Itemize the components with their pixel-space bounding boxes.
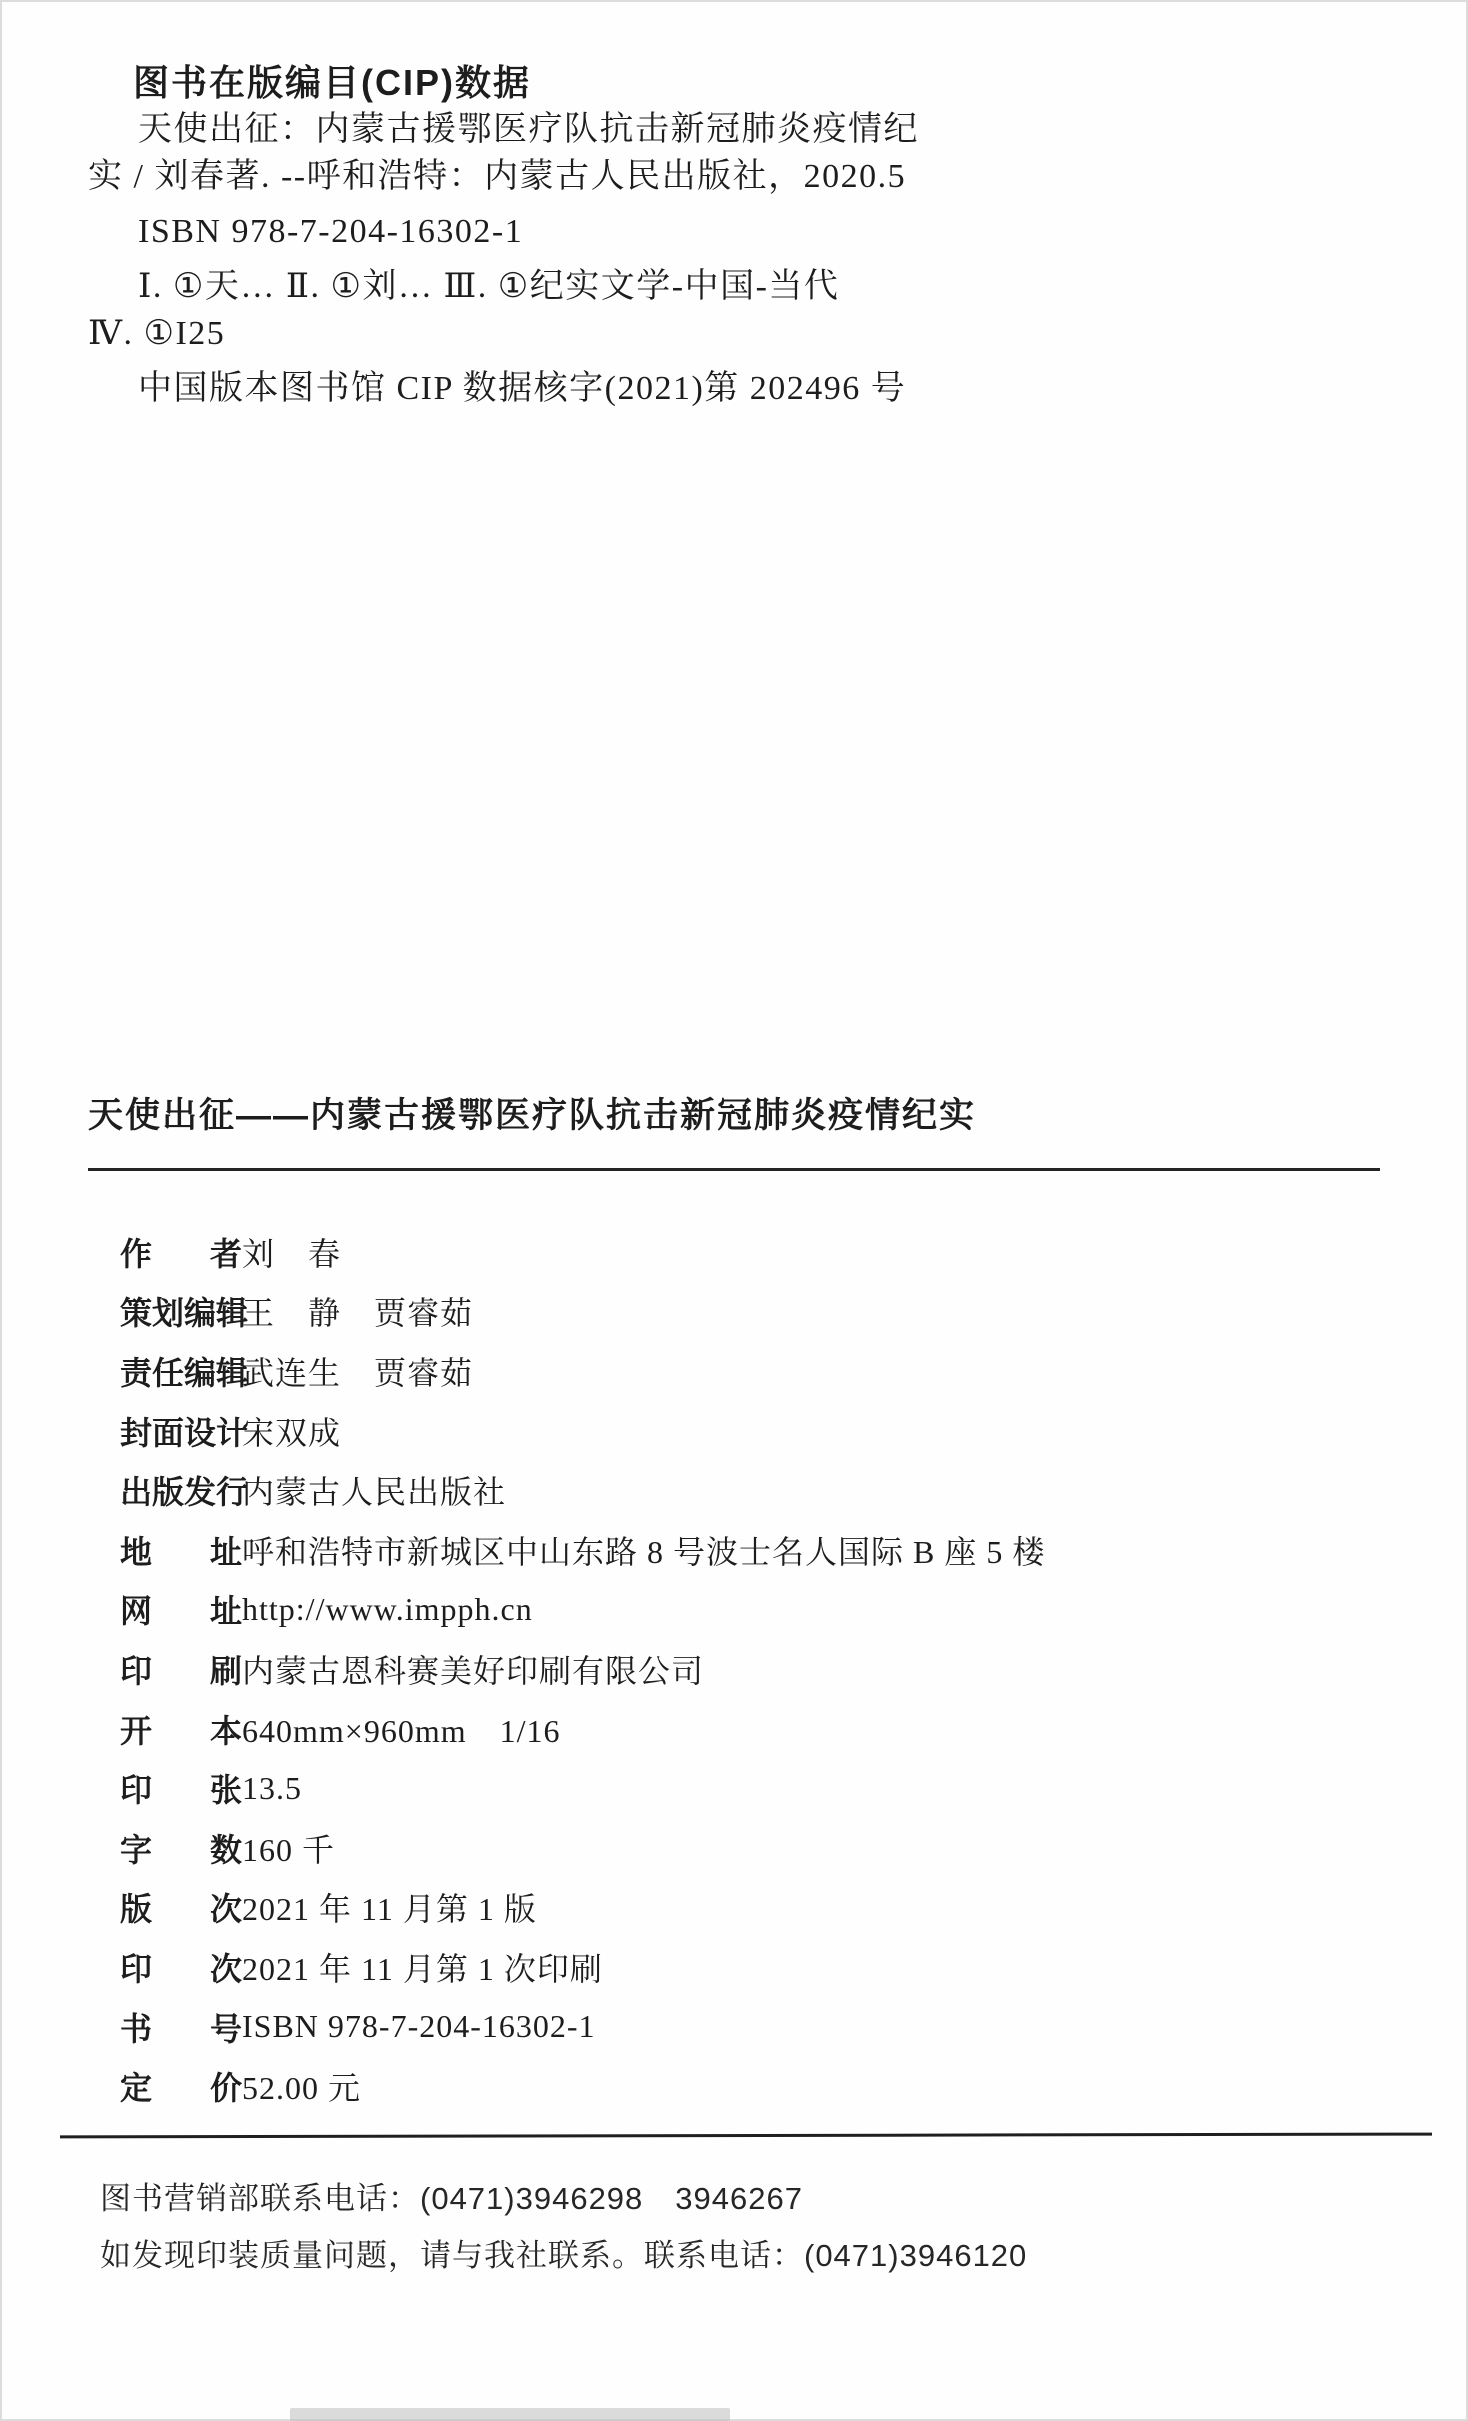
row-label: 印刷 xyxy=(120,1646,242,1692)
row-value: 2021 年 11 月第 1 版 xyxy=(242,1884,537,1930)
colophon-row-website: 网址 http://www.impph.cn xyxy=(120,1580,1045,1640)
cip-header: 图书在版编目(CIP)数据 xyxy=(133,55,531,106)
row-value: 内蒙古恩科赛美好印刷有限公司 xyxy=(242,1646,704,1692)
row-label: 印张 xyxy=(120,1765,242,1811)
row-value: 2021 年 11 月第 1 次印刷 xyxy=(242,1944,603,1990)
row-value: 640mm×960mm 1/16 xyxy=(242,1706,561,1752)
footer-quality-notice: 如发现印装质量问题，请与我社联系。联系电话：(0471)3946120 xyxy=(100,2227,1027,2284)
row-value: 武连生 贾睿茹 xyxy=(242,1348,473,1394)
row-value: 呼和浩特市新城区中山东路 8 号波士名人国际 B 座 5 楼 xyxy=(242,1527,1045,1573)
row-label: 定价 xyxy=(120,2063,242,2109)
row-value: 王 静 贾睿茹 xyxy=(242,1288,473,1334)
row-value: 160 千 xyxy=(242,1825,335,1871)
colophon-row-format: 开本 640mm×960mm 1/16 xyxy=(120,1699,1045,1759)
cip-classification-line-1: Ⅰ. ①天… Ⅱ. ①刘… Ⅲ. ①纪实文学-中国-当代 xyxy=(88,263,938,310)
row-label: 版次 xyxy=(120,1884,242,1930)
colophon-row-cover-design: 封面设计 宋双成 xyxy=(120,1401,1045,1461)
row-label: 责任编辑 xyxy=(120,1348,242,1394)
row-value: 刘 春 xyxy=(242,1229,341,1275)
row-label: 封面设计 xyxy=(120,1408,242,1454)
row-label: 开本 xyxy=(120,1706,242,1752)
colophon-row-planning-editor: 策划编辑 王 静 贾睿茹 xyxy=(120,1282,1045,1342)
cip-classification-line-2: Ⅳ. ①I25 xyxy=(88,310,938,357)
row-value: ISBN 978-7-204-16302-1 xyxy=(242,2008,596,2045)
row-label: 策划编辑 xyxy=(120,1288,242,1334)
row-value: http://www.impph.cn xyxy=(242,1591,533,1628)
colophon-row-printer: 印刷 内蒙古恩科赛美好印刷有限公司 xyxy=(120,1639,1045,1699)
footer-notes: 图书营销部联系电话：(0471)3946298 3946267 如发现印装质量问… xyxy=(100,2170,1027,2284)
colophon-row-impression: 印次 2021 年 11 月第 1 次印刷 xyxy=(120,1937,1045,1997)
title-divider-rule xyxy=(88,1168,1380,1171)
colophon-row-address: 地址 呼和浩特市新城区中山东路 8 号波士名人国际 B 座 5 楼 xyxy=(120,1520,1045,1580)
row-label: 作者 xyxy=(120,1229,242,1275)
row-label: 书号 xyxy=(120,2004,242,2050)
footer-divider-rule xyxy=(60,2133,1432,2139)
book-title: 天使出征——内蒙古援鄂医疗队抗击新冠肺炎疫情纪实 xyxy=(88,1088,976,1138)
colophon-row-responsible-editor: 责任编辑 武连生 贾睿茹 xyxy=(120,1341,1045,1401)
cip-title-line-1: 天使出征：内蒙古援鄂医疗队抗击新冠肺炎疫情纪 xyxy=(88,106,938,153)
row-value: 52.00 元 xyxy=(242,2063,361,2109)
colophon-table: 作者 刘 春 策划编辑 王 静 贾睿茹 责任编辑 武连生 贾睿茹 封面设计 宋双… xyxy=(120,1222,1045,2116)
colophon-row-sheets: 印张 13.5 xyxy=(120,1758,1045,1818)
row-value: 宋双成 xyxy=(242,1408,341,1454)
footer-sales-phone: 图书营销部联系电话：(0471)3946298 3946267 xyxy=(100,2170,1027,2227)
colophon-row-author: 作者 刘 春 xyxy=(120,1222,1045,1282)
cip-title-line-2: 实 / 刘春著. --呼和浩特：内蒙古人民出版社，2020.5 xyxy=(88,153,938,200)
colophon-row-word-count: 字数 160 千 xyxy=(120,1818,1045,1878)
row-label: 网址 xyxy=(120,1586,242,1632)
cip-data-block: 天使出征：内蒙古援鄂医疗队抗击新冠肺炎疫情纪 实 / 刘春著. --呼和浩特：内… xyxy=(88,106,938,412)
row-label: 地址 xyxy=(120,1527,242,1573)
row-value: 13.5 xyxy=(242,1770,302,1807)
colophon-row-edition: 版次 2021 年 11 月第 1 版 xyxy=(120,1878,1045,1938)
row-value: 内蒙古人民出版社 xyxy=(242,1467,506,1513)
colophon-row-price: 定价 52.00 元 xyxy=(120,2056,1045,2116)
copyright-page: 图书在版编目(CIP)数据 天使出征：内蒙古援鄂医疗队抗击新冠肺炎疫情纪 实 /… xyxy=(0,0,1468,2421)
colophon-row-publisher: 出版发行 内蒙古人民出版社 xyxy=(120,1460,1045,1520)
scan-artifact xyxy=(290,2408,730,2421)
row-label: 印次 xyxy=(120,1944,242,1990)
row-label: 字数 xyxy=(120,1825,242,1871)
cip-isbn-line: ISBN 978-7-204-16302-1 xyxy=(88,208,938,255)
cip-record-number-line: 中国版本图书馆 CIP 数据核字(2021)第 202496 号 xyxy=(88,365,938,412)
colophon-row-isbn: 书号 ISBN 978-7-204-16302-1 xyxy=(120,1997,1045,2057)
row-label: 出版发行 xyxy=(120,1467,242,1513)
